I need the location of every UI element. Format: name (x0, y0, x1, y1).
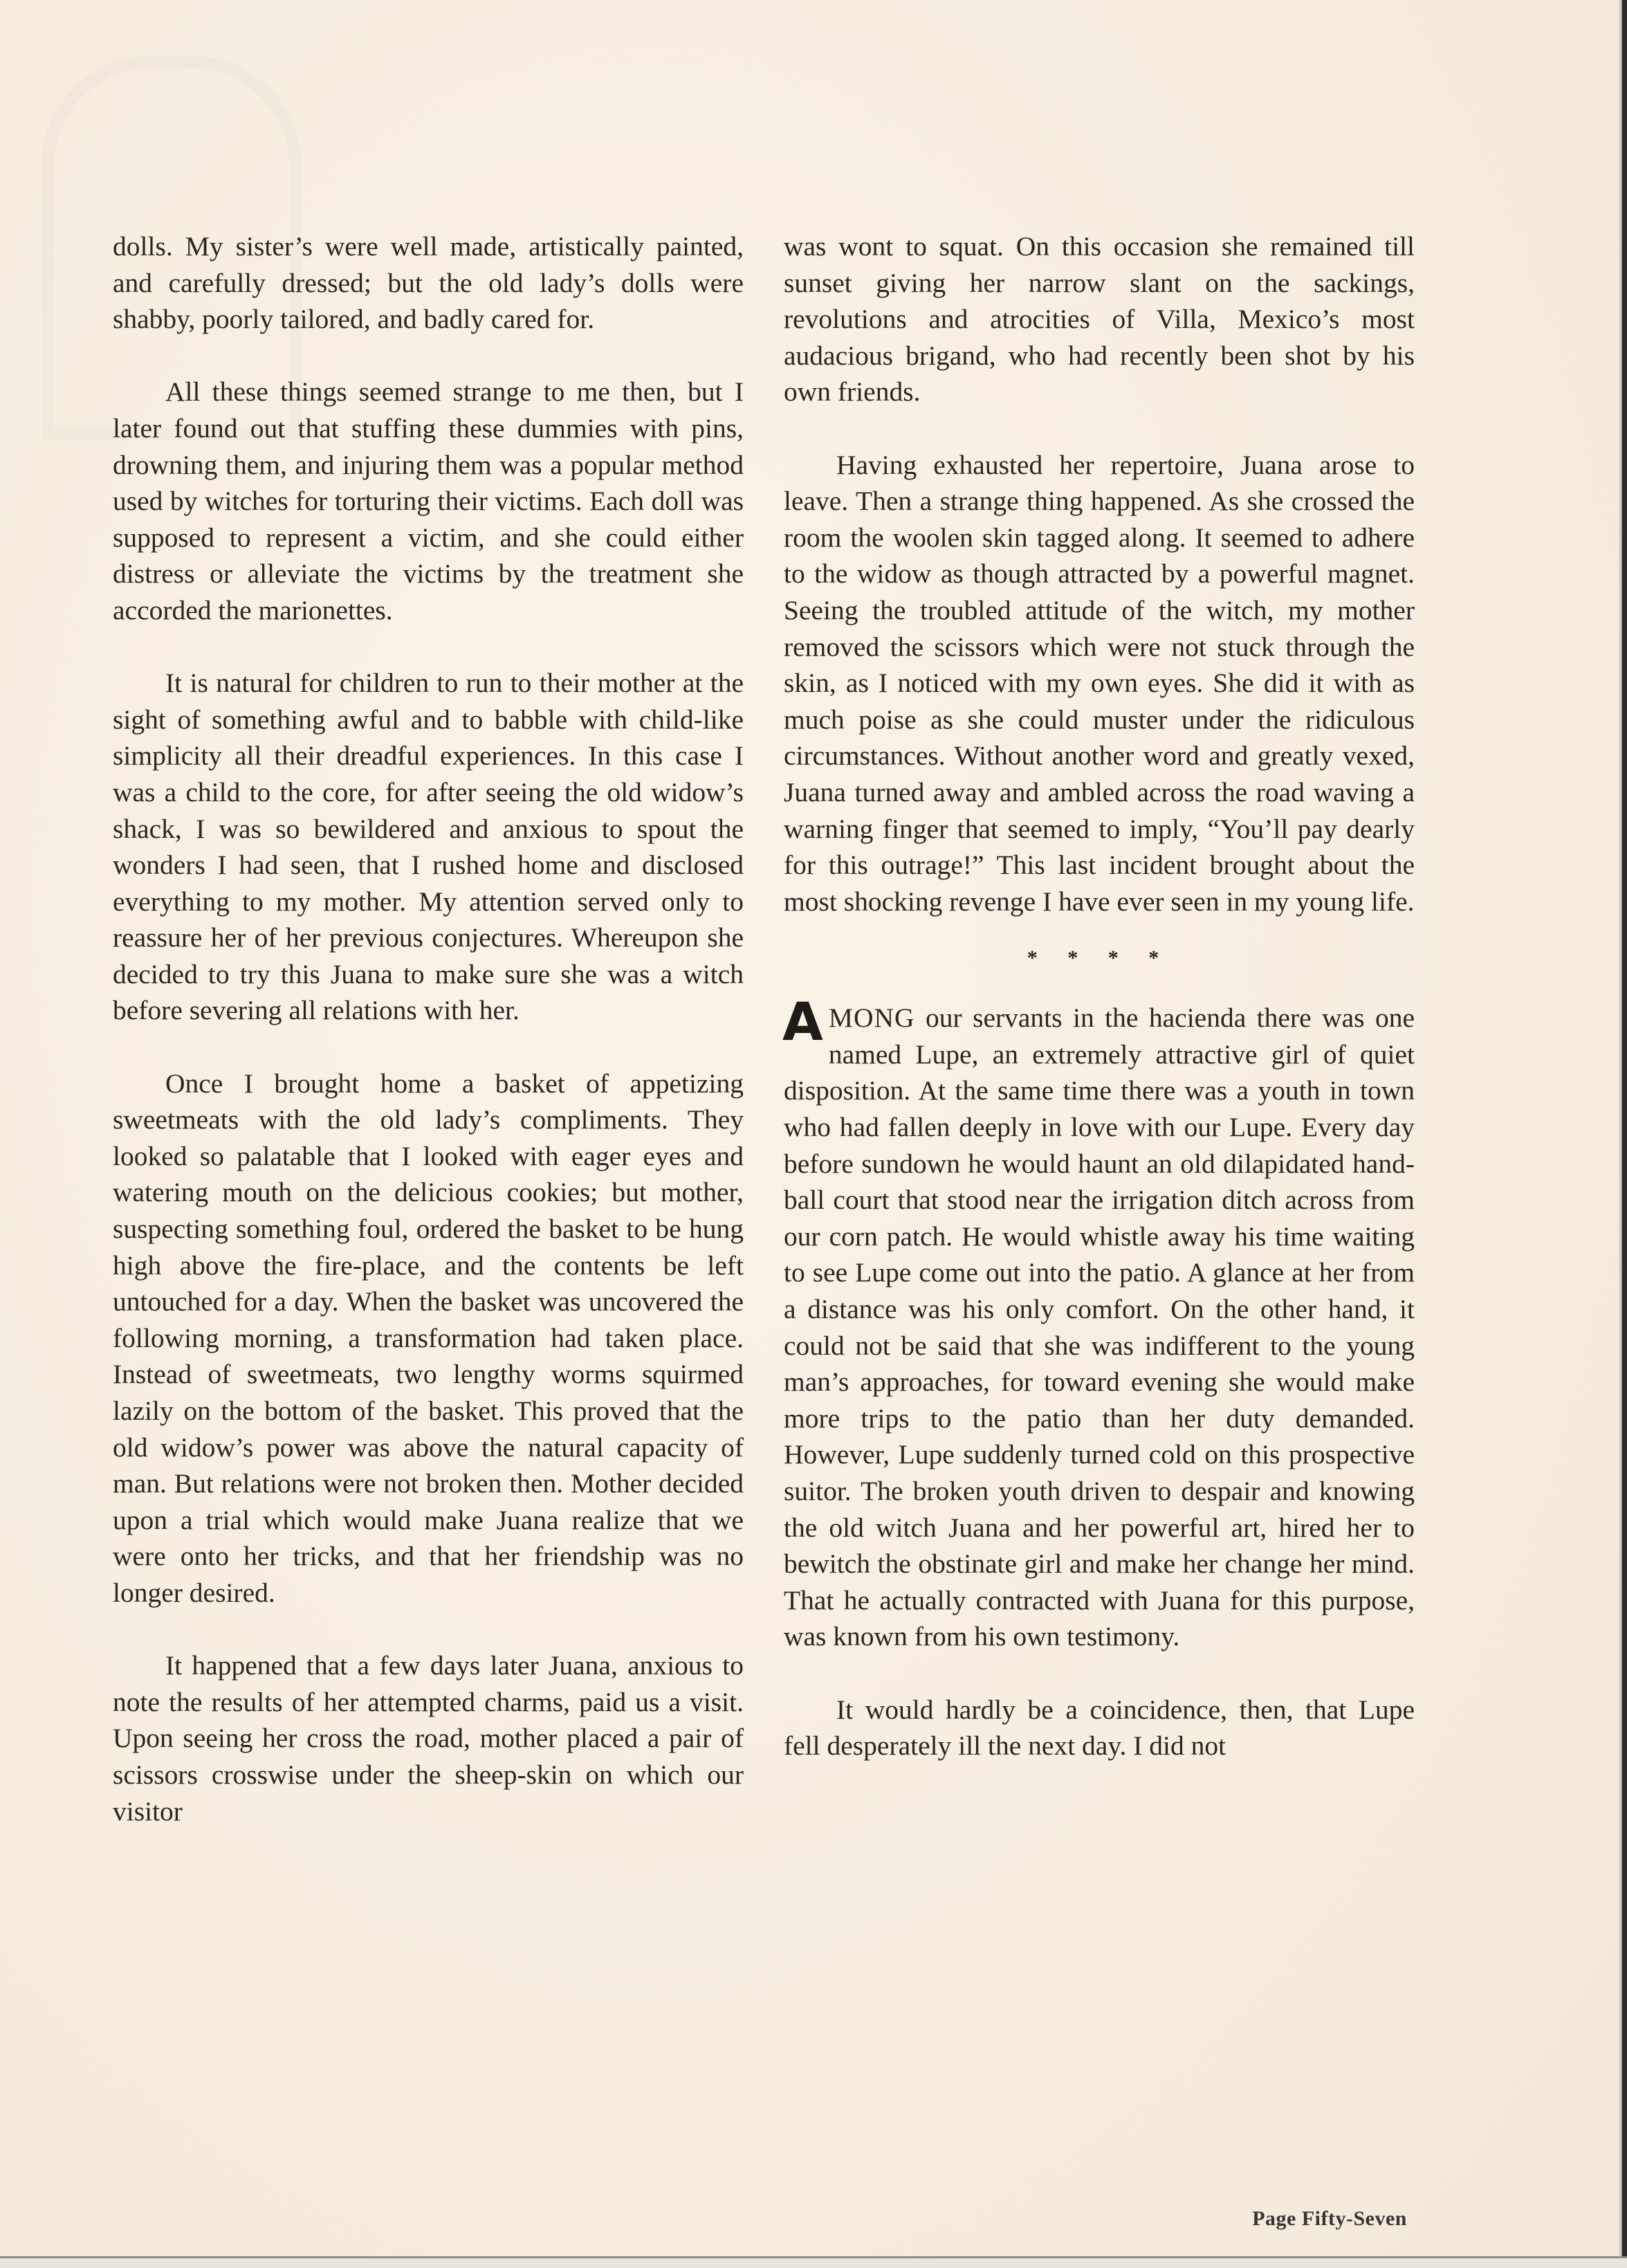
paragraph-juana-visit: It happened that a few days later Juana,… (113, 1647, 744, 1829)
paragraph-dolls-continued: dolls. My sister’s were well made, artis… (113, 228, 744, 338)
paragraph-lupe-ill: It would hardly be a coincidence, then, … (784, 1692, 1415, 1764)
paragraph-lupe-body: our servants in the hacienda there was o… (784, 1003, 1415, 1652)
paragraph-lupe-intro: AMONG our servants in the hacienda there… (784, 1000, 1415, 1655)
paragraph-witch-dummies: All these things seemed strange to me th… (113, 374, 744, 628)
paragraph-villa: was wont to squat. On this occasion she … (784, 228, 1415, 410)
paragraph-sweetmeats-basket: Once I brought home a basket of appetizi… (113, 1066, 744, 1611)
drop-cap-letter: A (782, 1001, 823, 1043)
page-bottom-edge (0, 2256, 1627, 2268)
right-column: was wont to squat. On this occasion she … (784, 228, 1415, 1764)
magazine-page: dolls. My sister’s were well made, artis… (0, 0, 1619, 2257)
left-column: dolls. My sister’s were well made, artis… (113, 228, 744, 1829)
page-number-footer: Page Fifty-Seven (1252, 2207, 1407, 2231)
page-binding-edge (1619, 0, 1627, 2268)
paragraph-children-run-to-mother: It is natural for children to run to the… (113, 665, 744, 1029)
drop-cap-smallcaps: MONG (829, 1003, 915, 1033)
paragraph-scissors-incident: Having exhausted her repertoire, Juana a… (784, 447, 1415, 920)
section-break-asterisks: * * * * (784, 940, 1415, 976)
